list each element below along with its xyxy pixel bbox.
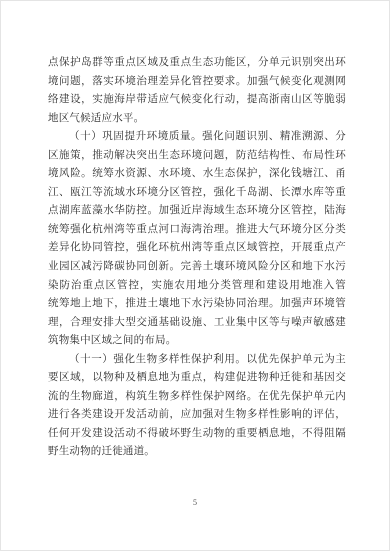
text-line: 区施策，推动解决突出生态环境问题，防范结构性、布局性环 [48, 147, 346, 166]
text-line: 统筹地上地下，推进土壤地下水污染协同治理。加强声环境管 [48, 295, 346, 314]
page-number: 5 [1, 498, 389, 507]
text-line: 任何开发建设活动不得破坏野生动物的重要栖息地，不得阻隔 [48, 425, 346, 444]
text-line: 野生动物的迁徙通道。 [48, 443, 346, 462]
text-line: 江、瓯江等流域水环境分区管控，强化千岛湖、长潭水库等重 [48, 184, 346, 203]
text-line: 络建设，实施海岸带适应气候变化行动，提高浙南山区等脆弱 [48, 91, 346, 110]
text-line: 境风险。统筹水资源、水环境、水生态保护，深化钱塘江、甬 [48, 165, 346, 184]
text-line: 理，合理安排大型交通基础设施、工业集中区等与噪声敏感建 [48, 314, 346, 333]
document-page: 点保护岛群等重点区域及重点生态功能区，分单元识别突出环境问题，落实环境治理差异化… [0, 0, 390, 551]
text-line: 业园区减污降碳协同创新。完善土壤环境风险分区和地下水污 [48, 258, 346, 277]
text-line: （十一）强化生物多样性保护利用。以优先保护单元为主 [48, 351, 346, 370]
text-line: 地区气候适应水平。 [48, 110, 346, 129]
text-line: （十）巩固提升环境质量。强化问题识别、精准溯源、分 [48, 128, 346, 147]
text-line: 筑物集中区域之间的布局。 [48, 332, 346, 351]
text-line: 点保护岛群等重点区域及重点生态功能区，分单元识别突出环 [48, 54, 346, 73]
document-text-block: 点保护岛群等重点区域及重点生态功能区，分单元识别突出环境问题，落实环境治理差异化… [48, 54, 346, 462]
text-line: 要区域，以物种及栖息地为重点，构建促进物种迁徙和基因交 [48, 369, 346, 388]
text-line: 流的生物廊道，构筑生物多样性保护网络。在优先保护单元内 [48, 388, 346, 407]
text-line: 点湖库蓝藻水华防控。加强近岸海域生态环境分区管控，陆海 [48, 202, 346, 221]
text-line: 进行各类建设开发活动前，应加强对生物多样性影响的评估， [48, 406, 346, 425]
text-line: 染防治重点区管控，实施农用地分类管理和建设用地准入管理， [48, 277, 346, 296]
text-line: 境问题，落实环境治理差异化管控要求。加强气候变化观测网 [48, 73, 346, 92]
text-line: 统筹强化杭州湾等重点河口海湾治理。推进大气环境分区分类 [48, 221, 346, 240]
text-line: 差异化协同管控，强化环杭州湾等重点区域管控，开展重点产 [48, 239, 346, 258]
